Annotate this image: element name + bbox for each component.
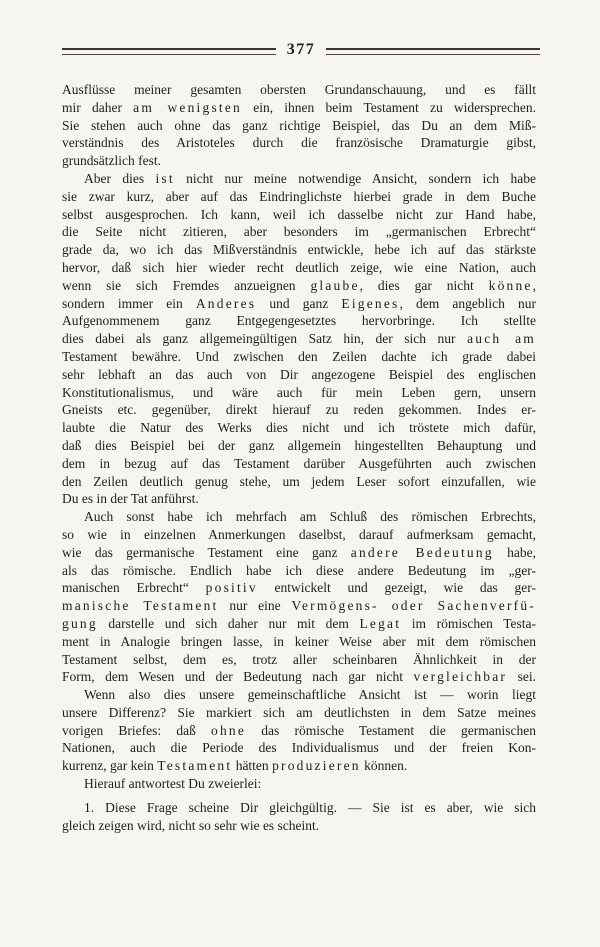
text-line: Form, dem Wesen und der Bedeutung nach g… (62, 668, 536, 686)
text-run: im römischen Testa- (401, 616, 536, 631)
text-line: gleich zeigen wird, nicht so sehr wie es… (62, 817, 536, 835)
text-run: dem in bezug auf das Testament darüber A… (62, 456, 536, 471)
spaced-emphasis: manische Testament (62, 598, 218, 613)
spaced-emphasis: Vermögens- oder Sachenverfü- (292, 598, 536, 613)
text-run: sehr lebhaft an das auch von Dir angezog… (62, 367, 536, 382)
text-run: ein, ihnen beim Testament zu widersprech… (242, 100, 536, 115)
text-run: kurrenz, gar kein (62, 758, 157, 773)
text-line: Nationen, auch die Periode des Individua… (62, 739, 536, 757)
text-run: können. (361, 758, 408, 773)
text-run: Aber dies (84, 171, 155, 186)
text-run: laubte die Natur des Werks dies nicht un… (62, 420, 536, 435)
text-run: nur eine (218, 598, 291, 613)
text-run: habe, (494, 545, 536, 560)
text-run: selbst ausgesprochen. Ich kann, weil ich… (62, 207, 536, 222)
text-run: wenn sie sich Fremdes anzueignen (62, 278, 310, 293)
spaced-emphasis: Legat (359, 616, 401, 631)
text-line: Konstitutionalismus, und wäre auch für m… (62, 384, 536, 402)
paragraph: 1. Diese Frage scheine Dir gleichgültig.… (62, 799, 536, 835)
text-run: sei. (507, 669, 536, 684)
text-run: ment in Analogie bringen lasse, in keine… (62, 634, 536, 649)
header-rule-right (326, 48, 540, 55)
text-run: Wenn also dies unsere gemeinschaftliche … (84, 687, 536, 702)
text-line: daß dies Beispiel bei der ganz allgemein… (62, 437, 536, 455)
text-run: Form, dem Wesen und der Bedeutung nach g… (62, 669, 414, 684)
spaced-emphasis: positiv (206, 580, 258, 595)
text-line: laubte die Natur des Werks dies nicht un… (62, 419, 536, 437)
text-run: 1. Diese Frage scheine Dir gleichgültig.… (84, 800, 536, 815)
text-line: sehr lebhaft an das auch von Dir angezog… (62, 366, 536, 384)
text-run: den Zeilen deutlich genug stehe, um jede… (62, 474, 536, 489)
spaced-emphasis: am wenigsten (133, 100, 242, 115)
text-run: Konstitutionalismus, und wäre auch für m… (62, 385, 536, 400)
text-run: Sie stehen auch ohne das ganz richtige B… (62, 118, 536, 133)
text-run: manischen Erbrecht“ (62, 580, 206, 595)
text-line: mir daher am wenigsten ein, ihnen beim T… (62, 99, 536, 117)
spaced-emphasis: Testament (157, 758, 232, 773)
text-run: sie zwar kurz, aber auf das Eindringlich… (62, 189, 536, 204)
text-line: Testament bewähre. Und zwischen den Zeil… (62, 348, 536, 366)
text-line: Gneists etc. gegenüber, direkt hierauf z… (62, 401, 536, 419)
spaced-emphasis: andere Bedeutung (351, 545, 494, 560)
text-line: 1. Diese Frage scheine Dir gleichgültig.… (62, 799, 536, 817)
text-run: Auch sonst habe ich mehrfach am Schluß d… (84, 509, 536, 524)
text-line: ment in Analogie bringen lasse, in keine… (62, 633, 536, 651)
text-line: gung darstelle und sich daher nur mit de… (62, 615, 536, 633)
text-run: Du es in der Tat anführst. (62, 491, 199, 506)
text-line: selbst ausgesprochen. Ich kann, weil ich… (62, 206, 536, 224)
text-run: Gneists etc. gegenüber, direkt hierauf z… (62, 402, 536, 417)
text-run: vorigen Briefes: daß (62, 723, 211, 738)
text-run: daß dies Beispiel bei der ganz allgemein… (62, 438, 536, 453)
spaced-emphasis: auch am (467, 331, 536, 346)
text-run: die Seite nicht zitieren, aber besonders… (62, 224, 536, 239)
spaced-emphasis: produzieren (272, 758, 361, 773)
text-run: und ganz (256, 296, 341, 311)
text-run: hätten (232, 758, 272, 773)
text-line: die Seite nicht zitieren, aber besonders… (62, 223, 536, 241)
spaced-emphasis: ohne (211, 723, 246, 738)
text-run: mir daher (62, 100, 133, 115)
text-run: Ausflüsse meiner gesamten obersten Grund… (62, 82, 536, 97)
spaced-emphasis: gung (62, 616, 98, 631)
text-run: verständnis des Aristoteles durch die fr… (62, 135, 536, 150)
text-run: dies dabei als ganz allgemeingültigen Sa… (62, 331, 467, 346)
text-run: gleich zeigen wird, nicht so sehr wie es… (62, 818, 319, 833)
paragraph: Hierauf antwortest Du zweierlei: (62, 775, 536, 793)
text-line: vorigen Briefes: daß ohne das römische T… (62, 722, 536, 740)
text-run: so wie in einzelnen Anmerkungen daselbst… (62, 527, 536, 542)
text-line: Aber dies ist nicht nur meine notwendige… (62, 170, 536, 188)
text-line: Du es in der Tat anführst. (62, 490, 536, 508)
text-line: Auch sonst habe ich mehrfach am Schluß d… (62, 508, 536, 526)
text-run: grundsätzlich fest. (62, 153, 161, 168)
text-line: kurrenz, gar kein Testament hätten produ… (62, 757, 536, 775)
text-line: so wie in einzelnen Anmerkungen daselbst… (62, 526, 536, 544)
spaced-emphasis: könne (489, 278, 533, 293)
header-rule-left (62, 48, 276, 55)
text-line: wenn sie sich Fremdes anzueignen glaube,… (62, 277, 536, 295)
text-line: manische Testament nur eine Vermögens- o… (62, 597, 536, 615)
page-number: 377 (285, 42, 318, 61)
paragraph: Auch sonst habe ich mehrfach am Schluß d… (62, 508, 536, 686)
text-run: Hierauf antwortest Du zweierlei: (84, 776, 261, 791)
text-line: dies dabei als ganz allgemeingültigen Sa… (62, 330, 536, 348)
text-run: als das römische. Endlich habe ich diese… (62, 563, 536, 578)
text-run: darstelle und sich daher nur mit dem (98, 616, 360, 631)
spaced-emphasis: glaube (310, 278, 359, 293)
text-run: Nationen, auch die Periode des Individua… (62, 740, 536, 755)
text-line: Aufgenommenem ganz Entgegengesetztes her… (62, 312, 536, 330)
text-line: den Zeilen deutlich genug stehe, um jede… (62, 473, 536, 491)
text-line: wie das germanische Testament eine ganz … (62, 544, 536, 562)
text-run: , dies gar nicht (360, 278, 489, 293)
text-line: Sie stehen auch ohne das ganz richtige B… (62, 117, 536, 135)
text-run: , dem angeblich nur (400, 296, 536, 311)
page-body: Ausflüsse meiner gesamten obersten Grund… (62, 81, 536, 834)
text-run: nicht nur meine notwendige Ansicht, sond… (175, 171, 536, 186)
text-run: Testament selbst, dem es, trotz aller sc… (62, 652, 536, 667)
page-header: 377 (62, 42, 540, 61)
text-run: unsere Differenz? Sie markiert sich am d… (62, 705, 536, 720)
paragraph: Aber dies ist nicht nur meine notwendige… (62, 170, 536, 508)
text-run: Aufgenommenem ganz Entgegengesetztes her… (62, 313, 536, 328)
spaced-emphasis: vergleichbar (414, 669, 508, 684)
text-run: sondern immer ein (62, 296, 196, 311)
text-run: wie das germanische Testament eine ganz (62, 545, 351, 560)
text-line: grade da, wo ich das Mißverständnis entw… (62, 241, 536, 259)
text-run: Testament bewähre. Und zwischen den Zeil… (62, 349, 536, 364)
paragraph: Ausflüsse meiner gesamten obersten Grund… (62, 81, 536, 170)
text-line: manischen Erbrecht“ positiv entwickelt u… (62, 579, 536, 597)
book-page: 377 Ausflüsse meiner gesamten obersten G… (0, 0, 600, 947)
spaced-emphasis: Eigenes (341, 296, 399, 311)
text-run: hervor, daß sich hier wieder recht deutl… (62, 260, 536, 275)
text-line: sie zwar kurz, aber auf das Eindringlich… (62, 188, 536, 206)
text-run: grade da, wo ich das Mißverständnis entw… (62, 242, 536, 257)
text-line: Wenn also dies unsere gemeinschaftliche … (62, 686, 536, 704)
text-run: , (533, 278, 536, 293)
text-line: Hierauf antwortest Du zweierlei: (62, 775, 536, 793)
text-line: als das römische. Endlich habe ich diese… (62, 562, 536, 580)
text-run: das römische Testament die germanischen (246, 723, 536, 738)
text-line: dem in bezug auf das Testament darüber A… (62, 455, 536, 473)
spaced-emphasis: Anderes (196, 296, 256, 311)
text-line: verständnis des Aristoteles durch die fr… (62, 134, 536, 152)
paragraph: Wenn also dies unsere gemeinschaftliche … (62, 686, 536, 775)
text-line: hervor, daß sich hier wieder recht deutl… (62, 259, 536, 277)
text-line: sondern immer ein Anderes und ganz Eigen… (62, 295, 536, 313)
text-line: grundsätzlich fest. (62, 152, 536, 170)
text-run: entwickelt und gezeigt, wie das ger- (258, 580, 536, 595)
spaced-emphasis: ist (155, 171, 174, 186)
text-line: Testament selbst, dem es, trotz aller sc… (62, 651, 536, 669)
text-line: Ausflüsse meiner gesamten obersten Grund… (62, 81, 536, 99)
text-line: unsere Differenz? Sie markiert sich am d… (62, 704, 536, 722)
